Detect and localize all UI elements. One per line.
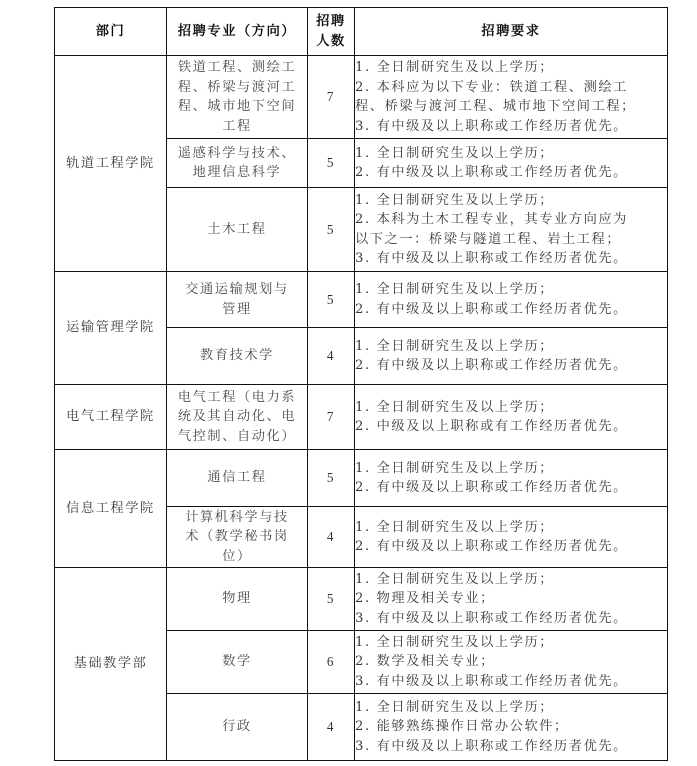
department-cell: 轨道工程学院 [55, 56, 167, 272]
major-line: 遥感科学与技术、 [167, 144, 307, 164]
requirement-line: 1. 全日制研究生及以上学历； [355, 570, 667, 590]
requirement-line: 2. 本科应为以下专业：铁道工程、测绘工 [355, 78, 667, 98]
requirement-line: 1. 全日制研究生及以上学历； [355, 144, 667, 164]
major-line: 数学 [167, 652, 307, 672]
requirements-cell: 1. 全日制研究生及以上学历；2. 本科应为以下专业：铁道工程、测绘工程、桥梁与… [355, 56, 668, 139]
header-major: 招聘专业（方向） [167, 8, 308, 56]
major-line: 土木工程 [167, 220, 307, 240]
table-body: 轨道工程学院铁道工程、测绘工程、桥梁与渡河工程、城市地下空间工程71. 全日制研… [55, 56, 668, 761]
requirement-line: 1. 全日制研究生及以上学历； [355, 633, 667, 653]
count-cell: 4 [308, 694, 355, 761]
requirement-line: 2. 本科为土木工程专业，其专业方向应为 [355, 210, 667, 230]
requirement-line: 1. 全日制研究生及以上学历； [355, 191, 667, 211]
table-row: 轨道工程学院铁道工程、测绘工程、桥梁与渡河工程、城市地下空间工程71. 全日制研… [55, 56, 668, 139]
major-cell: 遥感科学与技术、地理信息科学 [167, 139, 308, 188]
major-line: 术（教学秘书岗 [167, 527, 307, 547]
table-row: 信息工程学院通信工程51. 全日制研究生及以上学历；2. 有中级及以上职称或工作… [55, 450, 668, 507]
requirements-cell: 1. 全日制研究生及以上学历；2. 有中级及以上职称或工作经历者优先。 [355, 272, 668, 328]
major-line: 电气工程（电力系 [167, 388, 307, 408]
major-line: 地理信息科学 [167, 163, 307, 183]
count-cell: 5 [308, 272, 355, 328]
requirements-cell: 1. 全日制研究生及以上学历；2. 本科为土木工程专业，其专业方向应为以下之一：… [355, 188, 668, 272]
requirement-line: 1. 全日制研究生及以上学历； [355, 58, 667, 78]
requirement-line: 3. 有中级及以上职称或工作经历者优先。 [355, 737, 667, 757]
count-cell: 6 [308, 631, 355, 694]
count-cell: 5 [308, 450, 355, 507]
count-cell: 5 [308, 139, 355, 188]
requirement-line: 3. 有中级及以上职称或工作经历者优先。 [355, 672, 667, 692]
major-line: 通信工程 [167, 468, 307, 488]
department-cell: 电气工程学院 [55, 385, 167, 450]
requirement-line: 程、桥梁与渡河工程、城市地下空间工程； [355, 97, 667, 117]
major-cell: 交通运输规划与管理 [167, 272, 308, 328]
major-line: 位） [167, 547, 307, 567]
requirement-line: 2. 有中级及以上职称或工作经历者优先。 [355, 478, 667, 498]
requirements-cell: 1. 全日制研究生及以上学历；2. 物理及相关专业；3. 有中级及以上职称或工作… [355, 568, 668, 631]
major-cell: 土木工程 [167, 188, 308, 272]
requirement-line: 2. 有中级及以上职称或工作经历者优先。 [355, 356, 667, 376]
requirement-line: 1. 全日制研究生及以上学历； [355, 280, 667, 300]
requirement-line: 以下之一：桥梁与隧道工程、岩土工程； [355, 230, 667, 250]
table-row: 电气工程学院电气工程（电力系统及其自动化、电气控制、自动化）71. 全日制研究生… [55, 385, 668, 450]
header-count: 招聘 人数 [308, 8, 355, 56]
requirement-line: 1. 全日制研究生及以上学历； [355, 337, 667, 357]
header-count-line2: 人数 [308, 32, 354, 52]
major-cell: 数学 [167, 631, 308, 694]
requirement-line: 2. 数学及相关专业； [355, 652, 667, 672]
major-cell: 教育技术学 [167, 328, 308, 385]
header-department: 部门 [55, 8, 167, 56]
major-line: 物理 [167, 589, 307, 609]
requirement-line: 1. 全日制研究生及以上学历； [355, 518, 667, 538]
requirement-line: 1. 全日制研究生及以上学历； [355, 398, 667, 418]
requirements-cell: 1. 全日制研究生及以上学历；2. 有中级及以上职称或工作经历者优先。 [355, 507, 668, 568]
table-row: 运输管理学院交通运输规划与管理51. 全日制研究生及以上学历；2. 有中级及以上… [55, 272, 668, 328]
header-requirements: 招聘要求 [355, 8, 668, 56]
major-line: 计算机科学与技 [167, 508, 307, 528]
count-cell: 5 [308, 188, 355, 272]
department-cell: 运输管理学院 [55, 272, 167, 385]
requirement-line: 3. 有中级及以上职称或工作经历者优先。 [355, 249, 667, 269]
requirements-cell: 1. 全日制研究生及以上学历；2. 中级及以上职称或有工作经历者优先。 [355, 385, 668, 450]
major-cell: 通信工程 [167, 450, 308, 507]
requirement-line: 2. 能够熟练操作日常办公软件； [355, 717, 667, 737]
requirement-line: 2. 有中级及以上职称或工作经历者优先。 [355, 163, 667, 183]
major-line: 管理 [167, 300, 307, 320]
major-line: 交通运输规划与 [167, 280, 307, 300]
requirements-cell: 1. 全日制研究生及以上学历；2. 有中级及以上职称或工作经历者优先。 [355, 450, 668, 507]
requirement-line: 2. 有中级及以上职称或工作经历者优先。 [355, 300, 667, 320]
count-cell: 4 [308, 507, 355, 568]
major-line: 程、桥梁与渡河工 [167, 78, 307, 98]
header-count-line1: 招聘 [308, 12, 354, 32]
major-line: 气控制、自动化） [167, 427, 307, 447]
major-cell: 物理 [167, 568, 308, 631]
department-cell: 基础教学部 [55, 568, 167, 761]
requirement-line: 2. 物理及相关专业； [355, 589, 667, 609]
major-cell: 电气工程（电力系统及其自动化、电气控制、自动化） [167, 385, 308, 450]
requirement-line: 2. 中级及以上职称或有工作经历者优先。 [355, 417, 667, 437]
header-row: 部门 招聘专业（方向） 招聘 人数 招聘要求 [55, 8, 668, 56]
requirements-cell: 1. 全日制研究生及以上学历；2. 数学及相关专业；3. 有中级及以上职称或工作… [355, 631, 668, 694]
requirements-cell: 1. 全日制研究生及以上学历；2. 有中级及以上职称或工作经历者优先。 [355, 139, 668, 188]
requirement-line: 3. 有中级及以上职称或工作经历者优先。 [355, 117, 667, 137]
major-line: 工程 [167, 117, 307, 137]
count-cell: 7 [308, 385, 355, 450]
count-cell: 7 [308, 56, 355, 139]
major-line: 程、城市地下空间 [167, 97, 307, 117]
department-cell: 信息工程学院 [55, 450, 167, 568]
major-cell: 铁道工程、测绘工程、桥梁与渡河工程、城市地下空间工程 [167, 56, 308, 139]
requirements-cell: 1. 全日制研究生及以上学历；2. 有中级及以上职称或工作经历者优先。 [355, 328, 668, 385]
requirement-line: 1. 全日制研究生及以上学历； [355, 698, 667, 718]
requirements-cell: 1. 全日制研究生及以上学历；2. 能够熟练操作日常办公软件；3. 有中级及以上… [355, 694, 668, 761]
major-cell: 计算机科学与技术（教学秘书岗位） [167, 507, 308, 568]
major-line: 教育技术学 [167, 346, 307, 366]
major-line: 统及其自动化、电 [167, 407, 307, 427]
recruitment-table: 部门 招聘专业（方向） 招聘 人数 招聘要求 轨道工程学院铁道工程、测绘工程、桥… [54, 7, 668, 761]
table-row: 基础教学部物理51. 全日制研究生及以上学历；2. 物理及相关专业；3. 有中级… [55, 568, 668, 631]
requirement-line: 1. 全日制研究生及以上学历； [355, 459, 667, 479]
major-line: 行政 [167, 717, 307, 737]
count-cell: 4 [308, 328, 355, 385]
requirement-line: 2. 有中级及以上职称或工作经历者优先。 [355, 537, 667, 557]
requirement-line: 3. 有中级及以上职称或工作经历者优先。 [355, 609, 667, 629]
count-cell: 5 [308, 568, 355, 631]
major-cell: 行政 [167, 694, 308, 761]
major-line: 铁道工程、测绘工 [167, 58, 307, 78]
